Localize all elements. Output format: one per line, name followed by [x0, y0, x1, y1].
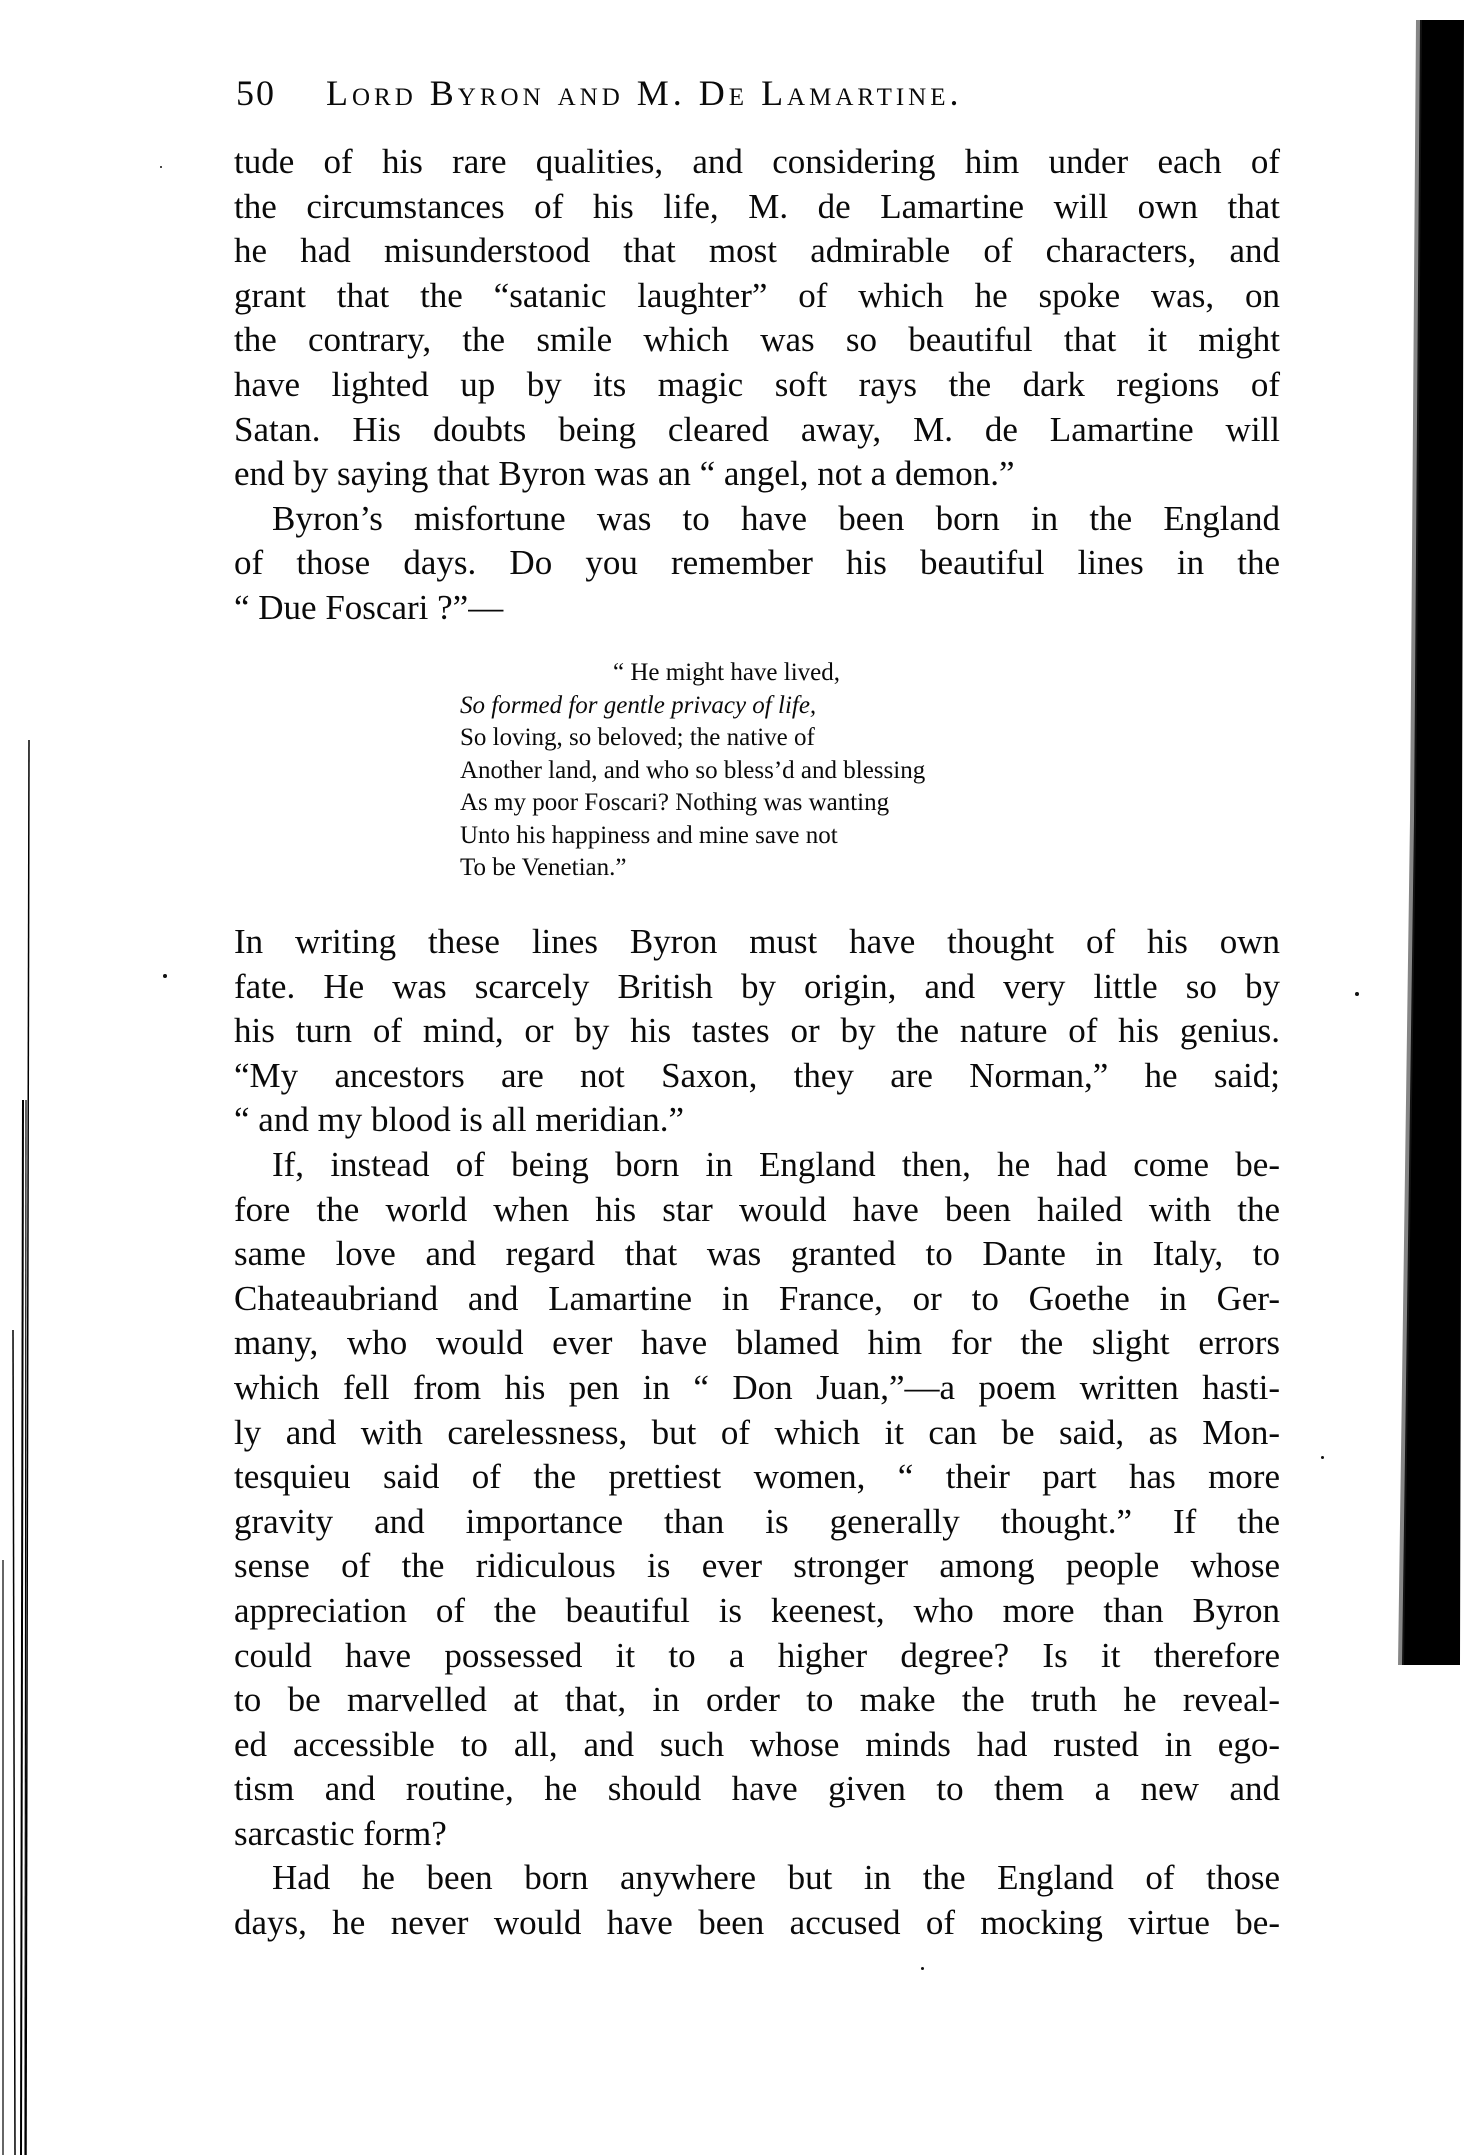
- text-line: If, instead of being born in England the…: [234, 1143, 1280, 1188]
- verse-line: As my poor Foscari? Nothing was wanting: [460, 787, 1100, 820]
- text-line: the circumstances of his life, M. de Lam…: [234, 185, 1280, 230]
- text-line: gravity and importance than is generally…: [234, 1500, 1280, 1545]
- running-title: Lord Byron and M. De Lamartine.: [326, 73, 963, 113]
- text-line: tesquieu said of the prettiest women, “ …: [234, 1455, 1280, 1500]
- ink-speck: [1355, 992, 1359, 996]
- text-line: same love and regard that was granted to…: [234, 1232, 1280, 1277]
- running-header: 50Lord Byron and M. De Lamartine.: [236, 72, 1296, 122]
- text-line: to be marvelled at that, in order to mak…: [234, 1678, 1280, 1723]
- text-line: end by saying that Byron was an “ angel,…: [234, 452, 1280, 497]
- text-line: “ and my blood is all meridian.”: [234, 1098, 1280, 1143]
- text-line: Had he been born anywhere but in the Eng…: [234, 1856, 1280, 1901]
- verse-quotation: “ He might have lived, So formed for gen…: [460, 657, 1100, 885]
- text-line: “My ancestors are not Saxon, they are No…: [234, 1054, 1280, 1099]
- verse-line: So formed for gentle privacy of life,: [460, 690, 1100, 723]
- text-line: tude of his rare qualities, and consider…: [234, 140, 1280, 185]
- text-line: many, who would ever have blamed him for…: [234, 1321, 1280, 1366]
- text-line: have lighted up by its magic soft rays t…: [234, 363, 1280, 408]
- verse-line: To be Venetian.”: [460, 852, 1100, 885]
- text-line: the contrary, the smile which was so bea…: [234, 318, 1280, 363]
- verse-line: Another land, and who so bless’d and ble…: [460, 755, 1100, 788]
- verse-line: Unto his happiness and mine save not: [460, 820, 1100, 853]
- verse-line: “ He might have lived,: [460, 657, 1100, 690]
- text-line: which fell from his pen in “ Don Juan,”—…: [234, 1366, 1280, 1411]
- scan-edge-lines: [0, 0, 40, 2155]
- text-line: appreciation of the beautiful is keenest…: [234, 1589, 1280, 1634]
- text-line: could have possessed it to a higher degr…: [234, 1634, 1280, 1679]
- ink-speck: [163, 974, 167, 978]
- binding-shadow: [1394, 20, 1464, 1665]
- paragraph-block-2: In writing these lines Byron must have t…: [234, 920, 1280, 1946]
- paragraph-block-1: tude of his rare qualities, and consider…: [234, 140, 1280, 631]
- text-line: fate. He was scarcely British by origin,…: [234, 965, 1280, 1010]
- text-line: sense of the ridiculous is ever stronger…: [234, 1544, 1280, 1589]
- ink-speck: [160, 166, 162, 168]
- scanned-book-page: 50Lord Byron and M. De Lamartine. tude o…: [0, 0, 1464, 2155]
- page-number: 50: [236, 72, 326, 114]
- text-line: Satan. His doubts being cleared away, M.…: [234, 408, 1280, 453]
- text-line: tism and routine, he should have given t…: [234, 1767, 1280, 1812]
- text-line: of those days. Do you remember his beaut…: [234, 541, 1280, 586]
- ink-speck: [1321, 1456, 1324, 1459]
- ink-speck: [921, 1967, 924, 1970]
- text-line: Byron’s misfortune was to have been born…: [234, 497, 1280, 542]
- text-line: he had misunderstood that most admirable…: [234, 229, 1280, 274]
- text-line: days, he never would have been accused o…: [234, 1901, 1280, 1946]
- text-line: his turn of mind, or by his tastes or by…: [234, 1009, 1280, 1054]
- text-line: “ Due Foscari ?”—: [234, 586, 1280, 631]
- text-line: grant that the “satanic laughter” of whi…: [234, 274, 1280, 319]
- text-line: sarcastic form?: [234, 1812, 1280, 1857]
- text-line: fore the world when his star would have …: [234, 1188, 1280, 1233]
- text-line: Chateaubriand and Lamartine in France, o…: [234, 1277, 1280, 1322]
- text-line: ed accessible to all, and such whose min…: [234, 1723, 1280, 1768]
- text-line: In writing these lines Byron must have t…: [234, 920, 1280, 965]
- text-line: ly and with carelessness, but of which i…: [234, 1411, 1280, 1456]
- verse-line: So loving, so beloved; the native of: [460, 722, 1100, 755]
